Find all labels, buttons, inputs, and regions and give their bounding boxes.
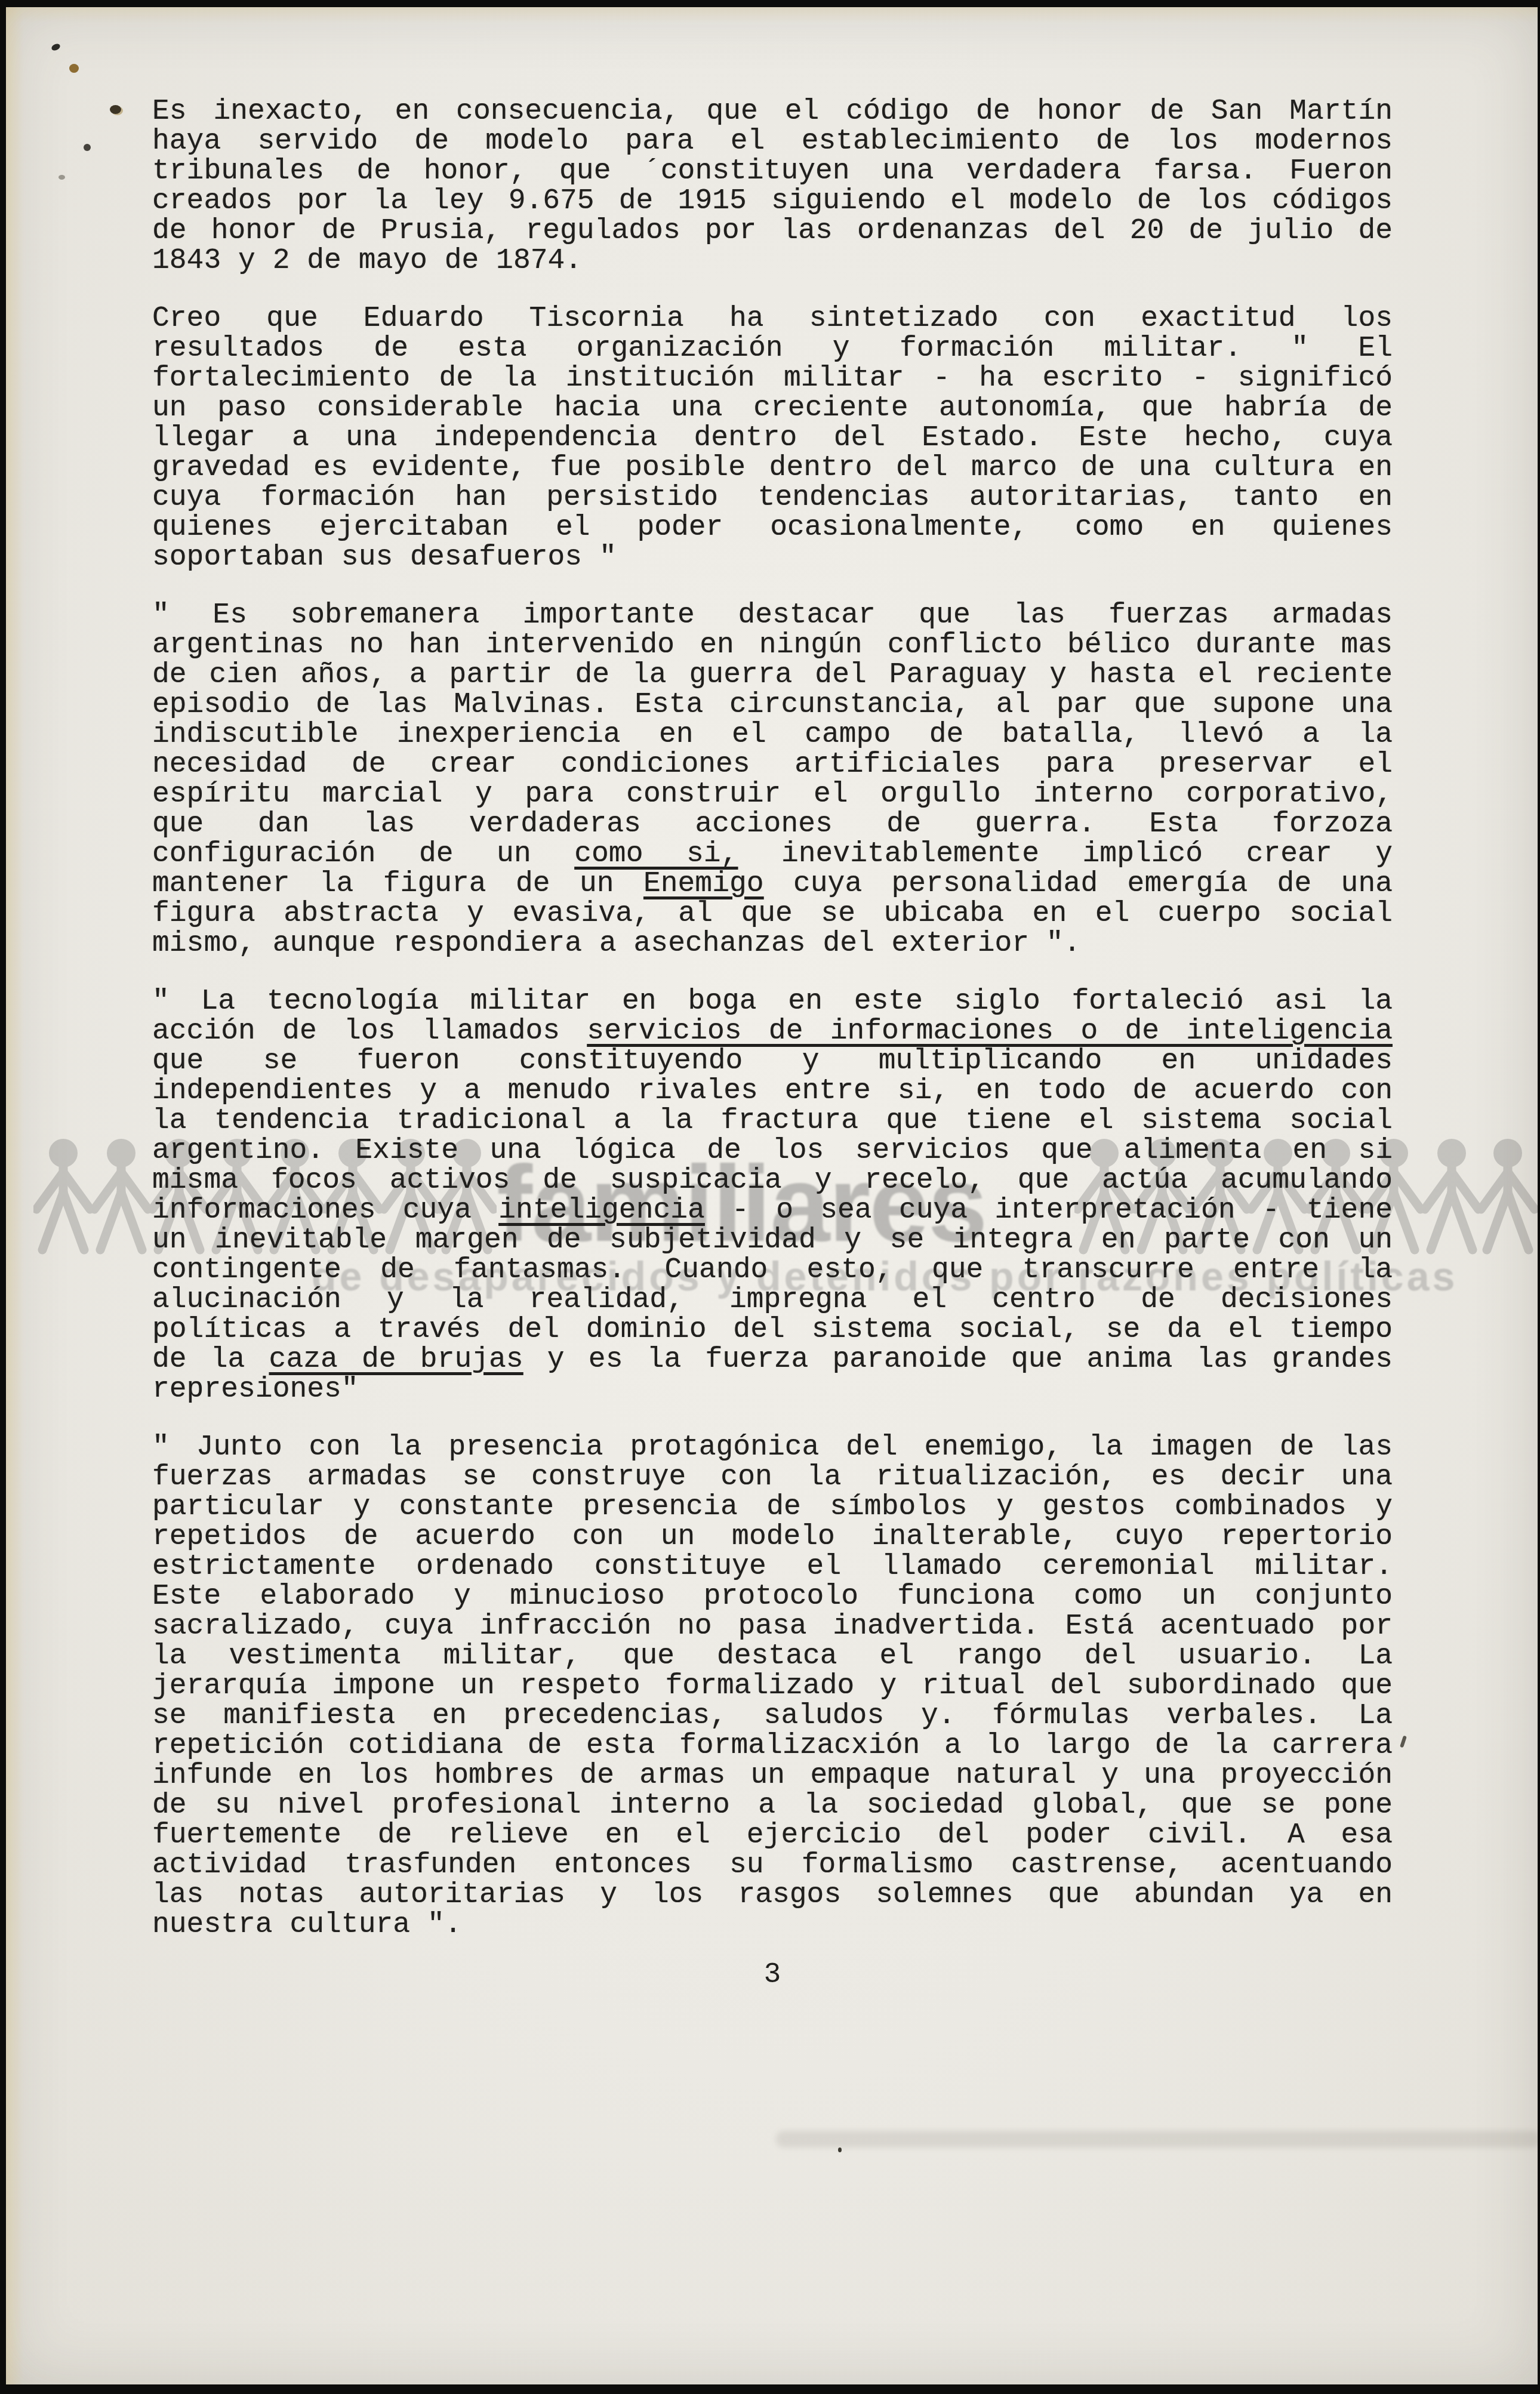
paragraph: Creo que Eduardo Tiscornia ha sintetizad… [152, 304, 1393, 572]
text-line: gravedad es evidente, fue posible dentro… [152, 453, 1393, 483]
text-line: que se fueron constituyendo y multiplica… [152, 1046, 1393, 1076]
underlined-phrase: Enemigo [643, 868, 764, 900]
text-line: mismo, aunque respondiera a asechanzas d… [152, 929, 1393, 959]
text-line: resultados de esta organización y formac… [152, 334, 1393, 363]
ink-speck [838, 2147, 842, 2152]
text-line: informaciones cuya inteligencia - o sea … [152, 1196, 1393, 1225]
text-line: indiscutible inexperiencia en el campo d… [152, 720, 1393, 750]
text-line: llegar a una independencia dentro del Es… [152, 423, 1393, 453]
ink-speck [84, 144, 91, 151]
text-line: Este elaborado y minucioso protocolo fun… [152, 1582, 1393, 1612]
text-line: repetición cotidiana de esta formalizacx… [152, 1731, 1393, 1761]
underlined-phrase: servicios de informaciones o de intelige… [587, 1015, 1393, 1047]
text-line: cuya formación han persistido tendencias… [152, 483, 1393, 513]
text-line: un inevitable margen de subjetividad y s… [152, 1225, 1393, 1255]
text-line: acción de los llamados servicios de info… [152, 1016, 1393, 1046]
text-line: soportaban sus desafueros " [152, 543, 1393, 572]
document-body: Es inexacto, en consecuencia, que el cód… [152, 97, 1393, 1968]
text-line: necesidad de crear condiciones artificia… [152, 750, 1393, 779]
text-line: fuerzas armadas se construye con la ritu… [152, 1462, 1393, 1492]
text-line: represiones" [152, 1375, 1393, 1404]
paragraph: " Junto con la presencia protagónica del… [152, 1432, 1393, 1940]
text-line: mantener la figura de un Enemigo cuya pe… [152, 869, 1393, 899]
text-line: las notas autoritarias y los rasgos sole… [152, 1880, 1393, 1910]
text-line: de la caza de brujas y es la fuerza para… [152, 1345, 1393, 1375]
text-line: " Junto con la presencia protagónica del… [152, 1432, 1393, 1462]
paragraph: " Es sobremanera importante destacar que… [152, 600, 1393, 959]
text-line: alucinación y la realidad, impregna el c… [152, 1285, 1393, 1315]
text-line: políticas a través del dominio del siste… [152, 1315, 1393, 1345]
text-line: haya servido de modelo para el estableci… [152, 127, 1393, 156]
text-line: jerarquía impone un respeto formalizado … [152, 1671, 1393, 1701]
scan-frame: familiares de desaparecidos y detenidos … [0, 0, 1540, 2394]
text-line: " Es sobremanera importante destacar que… [152, 600, 1393, 630]
text-line: Creo que Eduardo Tiscornia ha sintetizad… [152, 304, 1393, 334]
text-line: episodio de las Malvinas. Esta circunsta… [152, 690, 1393, 720]
ink-speck [51, 42, 61, 51]
underlined-phrase: como si, [574, 838, 738, 870]
scanned-page: familiares de desaparecidos y detenidos … [6, 7, 1538, 2384]
underlined-phrase: caza de brujas [269, 1344, 523, 1376]
text-line: misma focos activos de suspicacia y rece… [152, 1166, 1393, 1196]
text-line: sacralizado, cuya infracción no pasa ina… [152, 1612, 1393, 1641]
text-line: 1843 y 2 de mayo de 1874. [152, 246, 1393, 276]
text-line: un paso considerable hacia una creciente… [152, 393, 1393, 423]
text-line: quienes ejercitaban el poder ocasionalme… [152, 513, 1393, 543]
scan-smudge [776, 2131, 1538, 2147]
text-line: argentino. Existe una lógica de los serv… [152, 1136, 1393, 1166]
ink-speck [69, 64, 79, 73]
ink-speck [110, 105, 121, 114]
text-line: creados por la ley 9.675 de 1915 siguien… [152, 186, 1393, 216]
text-line: particular y constante presencia de símb… [152, 1492, 1393, 1522]
text-line: de cien años, a partir de la guerra del … [152, 660, 1393, 690]
text-line: se manifiesta en precedencias, saludos y… [152, 1701, 1393, 1731]
text-line: estrictamente ordenado constituye el lla… [152, 1552, 1393, 1582]
text-line: repetidos de acuerdo con un modelo inalt… [152, 1522, 1393, 1552]
text-line: espíritu marcial y para construir el org… [152, 779, 1393, 809]
paragraph: " La tecnología militar en boga en este … [152, 987, 1393, 1404]
text-line: la vestimenta militar, que destaca el ra… [152, 1641, 1393, 1671]
text-line: fuertemente de relieve en el ejercicio d… [152, 1820, 1393, 1850]
text-line: infunde en los hombres de armas un empaq… [152, 1761, 1393, 1791]
text-line: de su nivel profesional interno a la soc… [152, 1791, 1393, 1820]
text-line: actividad trasfunden entonces su formali… [152, 1850, 1393, 1880]
text-line: de honor de Prusia, regulados por las or… [152, 216, 1393, 246]
text-line: independientes y a menudo rivales entre … [152, 1076, 1393, 1106]
text-line: nuestra cultura ". [152, 1910, 1393, 1940]
text-line: la tendencia tradicional a la fractura q… [152, 1106, 1393, 1136]
text-line: que dan las verdaderas acciones de guerr… [152, 809, 1393, 839]
paragraph: Es inexacto, en consecuencia, que el cód… [152, 97, 1393, 276]
ink-speck [58, 175, 65, 180]
ink-speck [1400, 1736, 1407, 1748]
text-line: fortalecimiento de la institución milita… [152, 363, 1393, 393]
text-line: " La tecnología militar en boga en este … [152, 987, 1393, 1016]
text-line: configuración de un como si, inevitablem… [152, 839, 1393, 869]
text-line: Es inexacto, en consecuencia, que el cód… [152, 97, 1393, 127]
underlined-phrase: inteligencia [498, 1194, 705, 1227]
text-line: contingente de fantasmas. Cuando esto, q… [152, 1255, 1393, 1285]
text-line: argentinas no han intervenido en ningún … [152, 630, 1393, 660]
text-line: figura abstracta y evasiva, al que se ub… [152, 899, 1393, 929]
text-line: tribunales de honor, que ´constituyen un… [152, 156, 1393, 186]
page-number: 3 [152, 1960, 1393, 1990]
